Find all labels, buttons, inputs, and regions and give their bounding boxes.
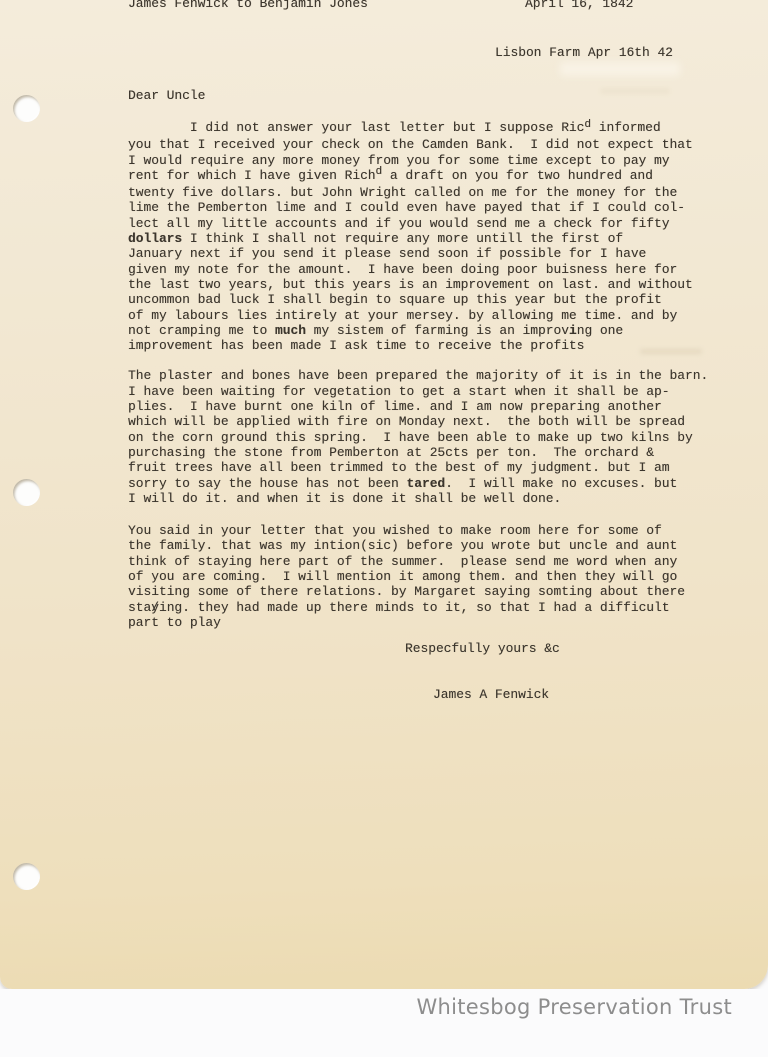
letter-text-segment: a draft on you for two hundred and [382, 168, 653, 183]
letter-line: not cramping me to much my sistem of far… [128, 323, 728, 338]
letter-text-segment: not cramping me to [128, 323, 275, 338]
letter-line: dollars I think I shall not require any … [128, 231, 728, 246]
letter-text-segment: the family. that was my intion(sic) befo… [128, 538, 677, 553]
letter-line: on the corn ground this spring. I have b… [128, 430, 728, 445]
letter-line: You said in your letter that you wished … [128, 523, 728, 538]
letter-text-segment: much [275, 323, 306, 338]
letter-text-segment: think of staying here part of the summer… [128, 554, 677, 569]
letter-paper: James Fenwick to Benjamin Jones April 16… [0, 0, 768, 989]
letter-text-segment: of you are coming. I will mention it amo… [128, 569, 677, 584]
letter-text-segment: the last two years, but this years is an… [128, 277, 693, 292]
letter-line: of my labours lies intirely at your mers… [128, 308, 728, 323]
scanned-letter-page: James Fenwick to Benjamin Jones April 16… [0, 0, 768, 1057]
letter-body: I did not answer your last letter but I … [128, 120, 728, 645]
letter-line: of you are coming. I will mention it amo… [128, 569, 728, 584]
letter-text-segment: part to play [128, 615, 221, 630]
letter-text-segment: I will do it. and when it is done it sha… [128, 491, 561, 506]
letter-text-segment: January next if you send it please send … [128, 246, 646, 261]
paragraph: I did not answer your last letter but I … [128, 120, 728, 353]
letter-text-segment: lect all my little accounts and if you w… [128, 216, 670, 231]
letter-line: lime the Pemberton lime and I could even… [128, 200, 728, 215]
letter-text-segment: sta [128, 600, 151, 615]
footer-strip: Whitesbog Preservation Trust [0, 989, 768, 1057]
letter-text-segment: I think I shall not require any more unt… [182, 231, 623, 246]
letter-line: sorry to say the house has not been tare… [128, 476, 728, 491]
letter-line: I did not answer your last letter but I … [128, 120, 728, 137]
archival-date: April 16, 1842 [525, 0, 633, 11]
letter-text-segment: lime the Pemberton lime and I could even… [128, 200, 685, 215]
letter-line: given my note for the amount. I have bee… [128, 262, 728, 277]
letter-text-segment: rent for which I have given Rich [128, 168, 376, 183]
letter-line: twenty five dollars. but John Wright cal… [128, 185, 728, 200]
paragraph: You said in your letter that you wished … [128, 523, 728, 630]
letter-line: plies. I have burnt one kiln of lime. an… [128, 399, 728, 414]
letter-text-segment: sorry to say the house has not been [128, 476, 406, 491]
letter-text-segment: which will be applied with fire on Monda… [128, 414, 685, 429]
letter-text-segment: fruit trees have all been trimmed to the… [128, 460, 670, 475]
letter-line: uncommon bad luck I shall begin to squar… [128, 292, 728, 307]
letter-text-segment: on the corn ground this spring. I have b… [128, 430, 693, 445]
letter-text-segment: . I will make no excuses. but [445, 476, 677, 491]
letter-text-segment: of my labours lies intirely at your mers… [128, 308, 677, 323]
paragraph: The plaster and bones have been prepared… [128, 368, 728, 506]
letter-dateline: Lisbon Farm Apr 16th 42 [495, 45, 673, 60]
letter-text-segment: I did not answer your last letter but I … [128, 120, 584, 135]
letter-text-segment: ng one [577, 323, 623, 338]
letter-line: which will be applied with fire on Monda… [128, 414, 728, 429]
letter-text-segment: tared [406, 476, 445, 491]
punch-hole-middle [13, 479, 40, 506]
letter-text-segment: d [376, 166, 383, 178]
letter-line: think of staying here part of the summer… [128, 554, 728, 569]
letter-salutation: Dear Uncle [128, 88, 205, 103]
letter-text-segment: I have been waiting for vegetation to ge… [128, 384, 670, 399]
letter-text-segment: twenty five dollars. but John Wright cal… [128, 185, 677, 200]
letter-text-segment: i [569, 323, 577, 338]
letter-text-segment: improvement has been made I ask time to … [128, 338, 584, 353]
letter-line: the last two years, but this years is an… [128, 277, 728, 292]
letter-text-segment: you that I received your check on the Ca… [128, 137, 693, 152]
letter-text-segment: purchasing the stone from Pemberton at 2… [128, 445, 654, 460]
letter-text-segment: visiting some of there relations. by Mar… [128, 584, 685, 599]
letter-line: rent for which I have given Richd a draf… [128, 168, 728, 185]
letter-line: I would require any more money from you … [128, 153, 728, 168]
letter-line: visiting some of there relations. by Mar… [128, 584, 728, 599]
watermark-text: Whitesbog Preservation Trust [416, 995, 732, 1019]
letter-line: The plaster and bones have been prepared… [128, 368, 728, 383]
letter-line: I have been waiting for vegetation to ge… [128, 384, 728, 399]
letter-text-segment: ying. they had made up there minds to it… [151, 600, 669, 615]
letter-text-segment: I would require any more money from you … [128, 153, 670, 168]
punch-hole-bottom [13, 863, 40, 890]
letter-text-segment: dollars [128, 231, 182, 246]
letter-line: lect all my little accounts and if you w… [128, 216, 728, 231]
letter-closing: Respecfully yours &c [405, 641, 560, 656]
punch-hole-top [13, 95, 40, 122]
scan-smudge [560, 62, 680, 76]
letter-line: you that I received your check on the Ca… [128, 137, 728, 152]
letter-text-segment: uncommon bad luck I shall begin to squar… [128, 292, 662, 307]
letter-text-segment: d [584, 119, 591, 131]
letter-line: sta/ying. they had made up there minds t… [128, 600, 728, 615]
letter-text-segment: The plaster and bones have been prepared… [128, 368, 708, 383]
letter-text-segment: my sistem of farming is an improv [306, 323, 569, 338]
letter-line: improvement has been made I ask time to … [128, 338, 728, 353]
letter-line: the family. that was my intion(sic) befo… [128, 538, 728, 553]
letter-line: fruit trees have all been trimmed to the… [128, 460, 728, 475]
letter-line: part to play [128, 615, 728, 630]
letter-text-segment: plies. I have burnt one kiln of lime. an… [128, 399, 662, 414]
letter-text-segment: given my note for the amount. I have bee… [128, 262, 677, 277]
letter-line: I will do it. and when it is done it sha… [128, 491, 728, 506]
letter-text-segment: You said in your letter that you wished … [128, 523, 662, 538]
letter-signature: James A Fenwick [433, 687, 549, 702]
scan-smudge [600, 88, 670, 94]
letter-line: January next if you send it please send … [128, 246, 728, 261]
letter-text-segment: informed [591, 120, 661, 135]
letter-line: purchasing the stone from Pemberton at 2… [128, 445, 728, 460]
archival-caption: James Fenwick to Benjamin Jones [128, 0, 368, 11]
